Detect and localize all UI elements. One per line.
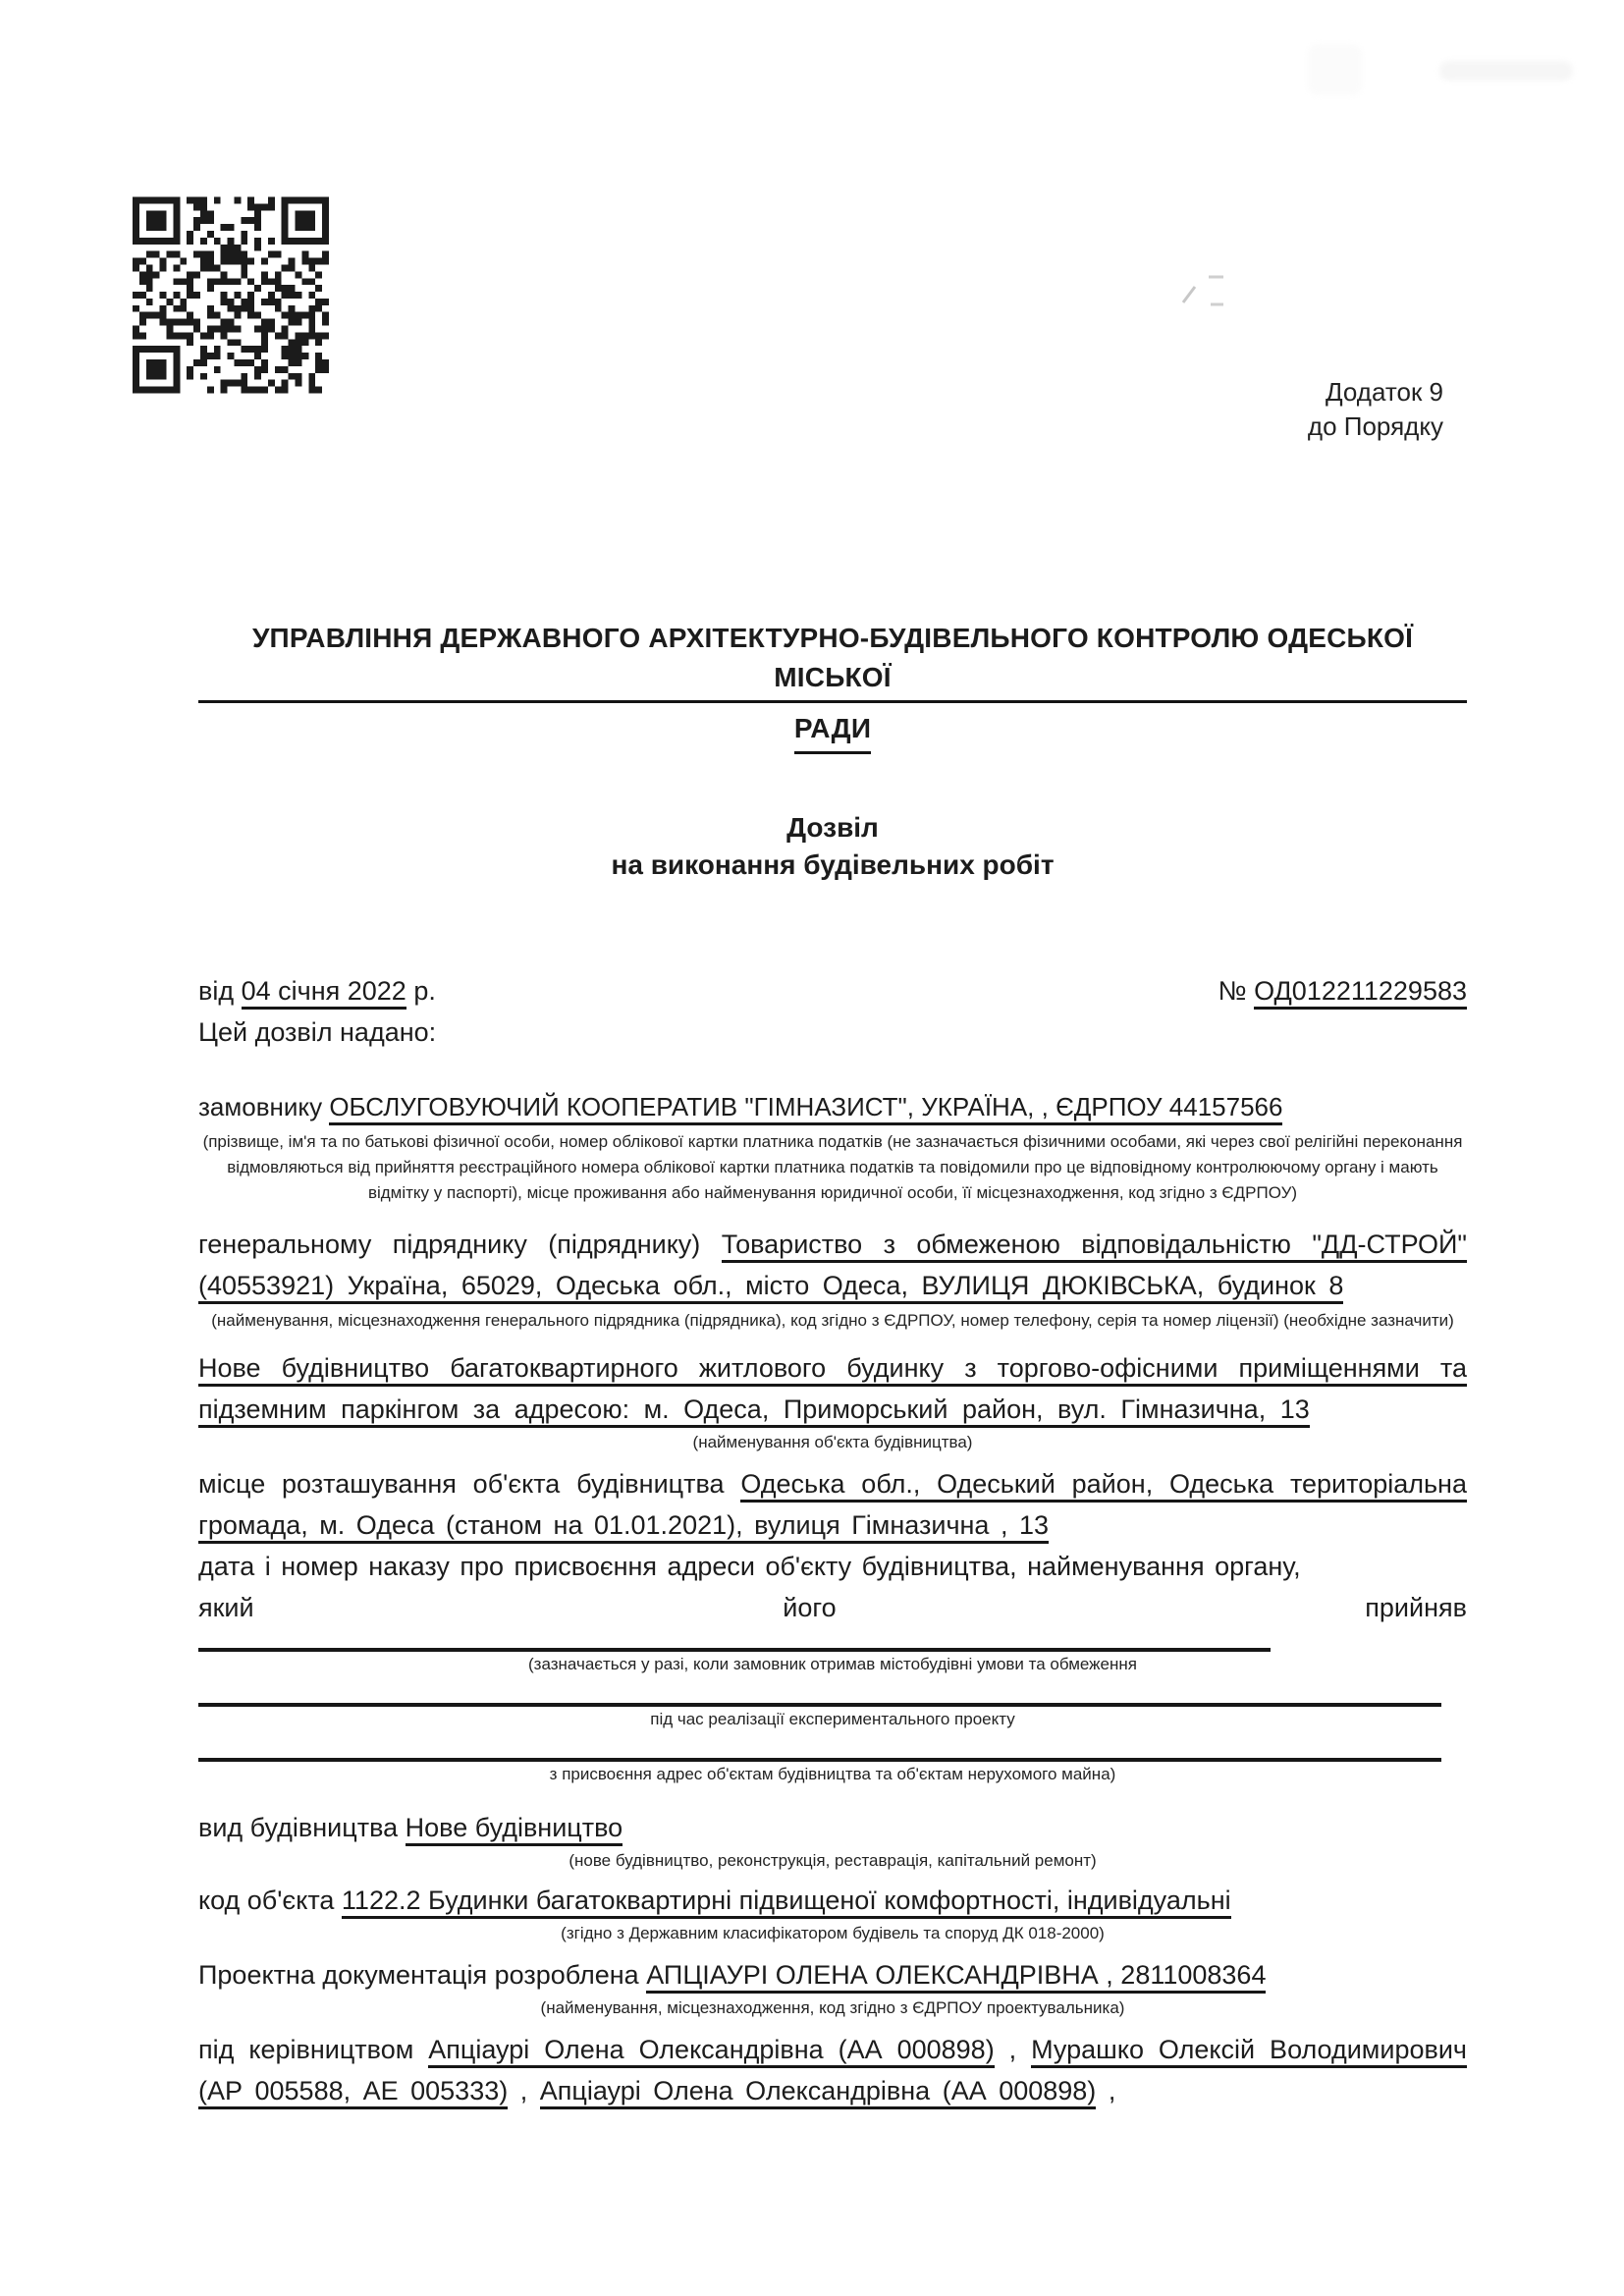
blank-field-note-3: з присвоєння адрес об'єктам будівництва … [198,1762,1467,1787]
permit-number-value: ОД012211229583 [1254,976,1467,1010]
construction-object-note: (найменування об'єкта будівництва) [198,1430,1467,1455]
construction-object-value: Нове будівництво багатоквартирного житло… [198,1353,1467,1428]
date-number-row: від 04 січня 2022 р. № ОД012211229583 [198,970,1467,1011]
supervision-entry: Апціаурі Олена Олександрівна (АА 000898) [428,2035,994,2068]
object-code-label: код об'єкта [198,1886,334,1915]
scan-smudge [1308,44,1362,95]
contractor-label: генеральному підряднику (підряднику) [198,1230,700,1259]
supervision-paragraph: під керівництвом Апціаурі Олена Олександ… [198,2029,1467,2111]
issue-date-prefix: від [198,976,234,1006]
supervision-separator: , [508,2076,540,2105]
permit-number-prefix: № [1218,976,1247,1006]
document-title: Дозвіл на виконання будівельних робіт [198,809,1467,884]
construction-type-paragraph: вид будівництва Нове будівництво [198,1807,1467,1848]
location-paragraph: місце розташування об'єкта будівництва О… [198,1463,1467,1546]
customer-paragraph: замовнику ОБСЛУГОВУЮЧИЙ КООПЕРАТИВ "ГІМН… [198,1086,1467,1127]
document-page: Додаток 9 до Порядку УПРАВЛІННЯ ДЕРЖАВНО… [0,0,1624,2296]
construction-type-value: Нове будівництво [406,1813,623,1846]
construction-type-label: вид будівництва [198,1813,398,1842]
object-code-note: (згідно з Державним класифікатором будів… [198,1921,1467,1946]
contractor-note: (найменування, місцезнаходження генераль… [198,1308,1467,1334]
pencil-mark [1173,247,1242,321]
authority-title: УПРАВЛІННЯ ДЕРЖАВНОГО АРХІТЕКТУРНО-БУДІВ… [198,619,1467,754]
blank-field-note-2: під час реалізації експериментального пр… [198,1707,1467,1732]
design-doc-value: АПЦІАУРІ ОЛЕНА ОЛЕКСАНДРІВНА , 281100836… [646,1960,1266,1994]
construction-object-paragraph: Нове будівництво багатоквартирного житло… [198,1347,1467,1430]
customer-label: замовнику [198,1092,322,1121]
appendix-line-1: Додаток 9 [1308,375,1443,410]
address-order-word-1: який [198,1587,254,1628]
supervision-separator: , [995,2035,1031,2064]
address-order-word-2: його [783,1587,836,1628]
qr-code [133,194,329,396]
supervision-label: під керівництвом [198,2035,413,2064]
permit-number: № ОД012211229583 [1218,970,1467,1011]
object-code-value: 1122.2 Будинки багатоквартирні підвищено… [342,1886,1231,1919]
granted-line: Цей дозвіл надано: [198,1011,1467,1053]
address-order-paragraph: дата і номер наказу про присвоєння адрес… [198,1546,1467,1587]
design-doc-label: Проектна документація розроблена [198,1960,639,1990]
authority-title-line-2: РАДИ [794,709,871,754]
contractor-paragraph: генеральному підряднику (підряднику) Тов… [198,1224,1467,1306]
issue-date: від 04 січня 2022 р. [198,970,436,1011]
customer-value: ОБСЛУГОВУЮЧИЙ КООПЕРАТИВ "ГІМНАЗИСТ", УК… [329,1092,1282,1125]
object-code-paragraph: код об'єкта 1122.2 Будинки багатоквартир… [198,1880,1467,1921]
address-order-word-3: прийняв [1365,1587,1467,1628]
document-title-line-2: на виконання будівельних робіт [198,847,1467,884]
appendix-line-2: до Порядку [1308,410,1443,444]
issue-date-value: 04 січня 2022 [242,976,406,1010]
supervision-entry: Апціаурі Олена Олександрівна (АА 000898) [540,2076,1097,2109]
construction-type-note: (нове будівництво, реконструкція, рестав… [198,1848,1467,1874]
design-doc-paragraph: Проектна документація розроблена АПЦІАУР… [198,1954,1467,1995]
supervision-separator: , [1096,2076,1115,2105]
appendix-note: Додаток 9 до Порядку [1308,375,1443,444]
address-order-spread-line: який його прийняв [198,1587,1467,1628]
authority-title-line-1: УПРАВЛІННЯ ДЕРЖАВНОГО АРХІТЕКТУРНО-БУДІВ… [198,619,1467,703]
design-doc-note: (найменування, місцезнаходження, код згі… [198,1995,1467,2021]
issue-date-suffix: р. [413,976,436,1006]
scan-smudge [1439,61,1573,81]
customer-note: (прізвище, ім'я та по батькові фізичної … [198,1129,1467,1206]
document-title-line-1: Дозвіл [198,809,1467,847]
location-label: місце розташування об'єкта будівництва [198,1469,725,1499]
blank-field-note-1: (зазначається у разі, коли замовник отри… [198,1652,1467,1677]
